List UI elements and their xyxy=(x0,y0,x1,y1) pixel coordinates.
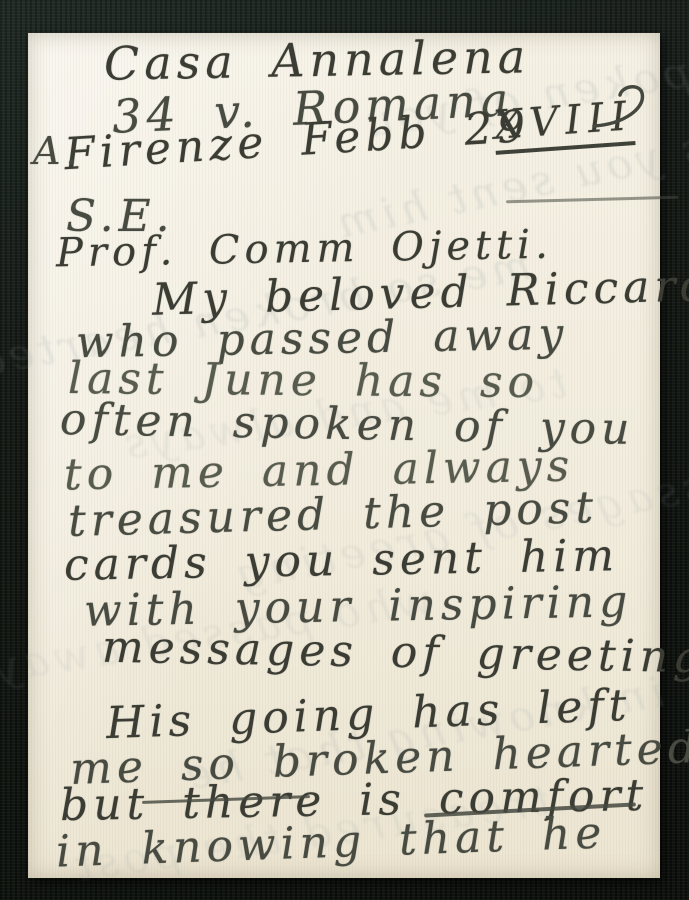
margin-note: A. xyxy=(33,132,83,172)
body-line: messages of greeting xyxy=(102,625,689,682)
scanned-letter-photo: often spoken of you cards you sent him m… xyxy=(0,0,689,900)
pen-flourish xyxy=(592,84,652,132)
